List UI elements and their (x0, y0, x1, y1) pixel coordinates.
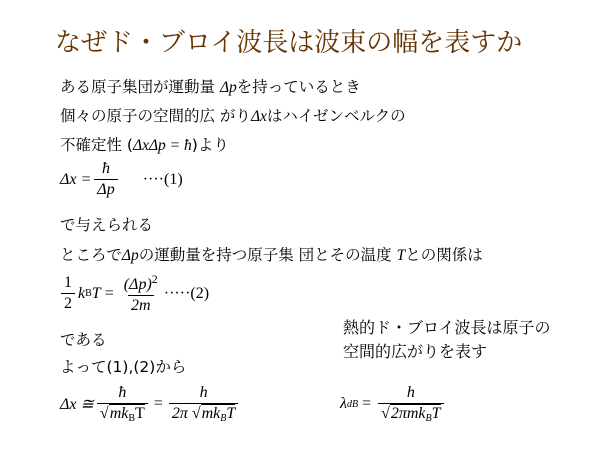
denominator: 2m (128, 295, 154, 315)
math-symbol: T (397, 247, 406, 264)
text: ある原子集団が運動量 (60, 78, 220, 96)
equation-tag: ····(1) (143, 171, 183, 189)
equation-4: λdB = h √2πmkBT (340, 384, 447, 424)
den-prefix: 2π (172, 405, 188, 422)
subscript: B (85, 288, 92, 299)
numerator: ħ (115, 384, 129, 403)
slide-title: なぜド・ブロイ波長は波束の幅を表すか (55, 22, 522, 59)
numerator: ħ (99, 160, 113, 179)
text-line-5: ところでΔpの運動量を持つ原子集 団とその温度 Tとの関係は (60, 243, 483, 265)
equals: = (105, 285, 114, 303)
text-line-4: で与えられる (60, 213, 153, 235)
equals: = (362, 395, 371, 413)
text-line-3: 不確定性 (ΔxΔp = ħ)より (60, 133, 229, 155)
k-symbol: k (78, 285, 85, 303)
subscript: B (128, 413, 135, 424)
numerator: h (197, 384, 211, 403)
denominator: Δp (94, 179, 117, 199)
equals: = (154, 395, 163, 413)
T-symbol: T (432, 405, 441, 422)
math-symbol: ΔxΔp = ħ (133, 137, 192, 154)
den-text: mk (202, 405, 221, 422)
math-symbol: Δp (122, 247, 139, 264)
denominator: √2πmkBT (378, 403, 443, 424)
math-symbol: Δp (220, 79, 237, 96)
equation-tag: ·····(2) (164, 285, 209, 303)
note-line-2: 空間的広がりを表す (343, 340, 551, 364)
eq-lhs: Δx = (60, 171, 91, 189)
equation-3: Δx ≅ ħ √mkBT = h 2π √mkBT (60, 384, 241, 424)
text: )より (192, 136, 229, 154)
T-symbol: T (135, 405, 145, 422)
numerator: h (404, 384, 418, 403)
T-symbol: T (92, 285, 101, 303)
note-line-1: 熱的ド・ブロイ波長は原子の (343, 316, 551, 340)
denominator: 2π √mkBT (169, 403, 238, 424)
subscript: dB (347, 399, 358, 410)
text: の運動量を持つ原子集 団とその温度 (139, 246, 397, 264)
T-symbol: T (226, 405, 235, 422)
eq-lhs: Δx ≅ (60, 394, 94, 414)
math-symbol: Δx (251, 108, 267, 125)
numerator: 1 (61, 274, 75, 293)
text: はハイゼンベルクの (267, 107, 406, 125)
equation-2: 1 2 kBT = (Δp)2 2m ·····(2) (58, 272, 209, 315)
text-line-1: ある原子集団が運動量 Δpを持っているとき (60, 75, 361, 97)
fraction: h 2π √mkBT (169, 384, 238, 424)
text: ところで (60, 246, 122, 264)
denominator: √mkBT (97, 403, 148, 424)
fraction: h √2πmkBT (378, 384, 443, 424)
fraction: ħ Δp (94, 160, 117, 199)
text: を持っているとき (237, 78, 361, 96)
note-text: 熱的ド・ブロイ波長は原子の 空間的広がりを表す (343, 316, 551, 364)
text: 不確定性 ( (60, 136, 133, 154)
text: 個々の原子の空間的広 がり (60, 107, 251, 125)
numerator: (Δp)2 (121, 272, 161, 295)
fraction-half: 1 2 (61, 274, 75, 313)
denominator: 2 (61, 293, 75, 313)
den-text: mk (110, 405, 129, 422)
lambda-symbol: λ (340, 395, 347, 413)
text-line-2: 個々の原子の空間的広 がりΔxはハイゼンベルクの (60, 104, 406, 126)
num-text: (Δp) (124, 276, 152, 293)
den-text: 2πmk (391, 405, 426, 422)
text-line-7: よって(1),(2)から (60, 355, 186, 377)
text-line-6: である (60, 328, 107, 350)
text: との関係は (405, 246, 483, 264)
fraction: (Δp)2 2m (121, 272, 161, 315)
superscript: 2 (152, 272, 158, 286)
fraction: ħ √mkBT (97, 384, 148, 424)
equation-1: Δx = ħ Δp ····(1) (60, 160, 183, 199)
